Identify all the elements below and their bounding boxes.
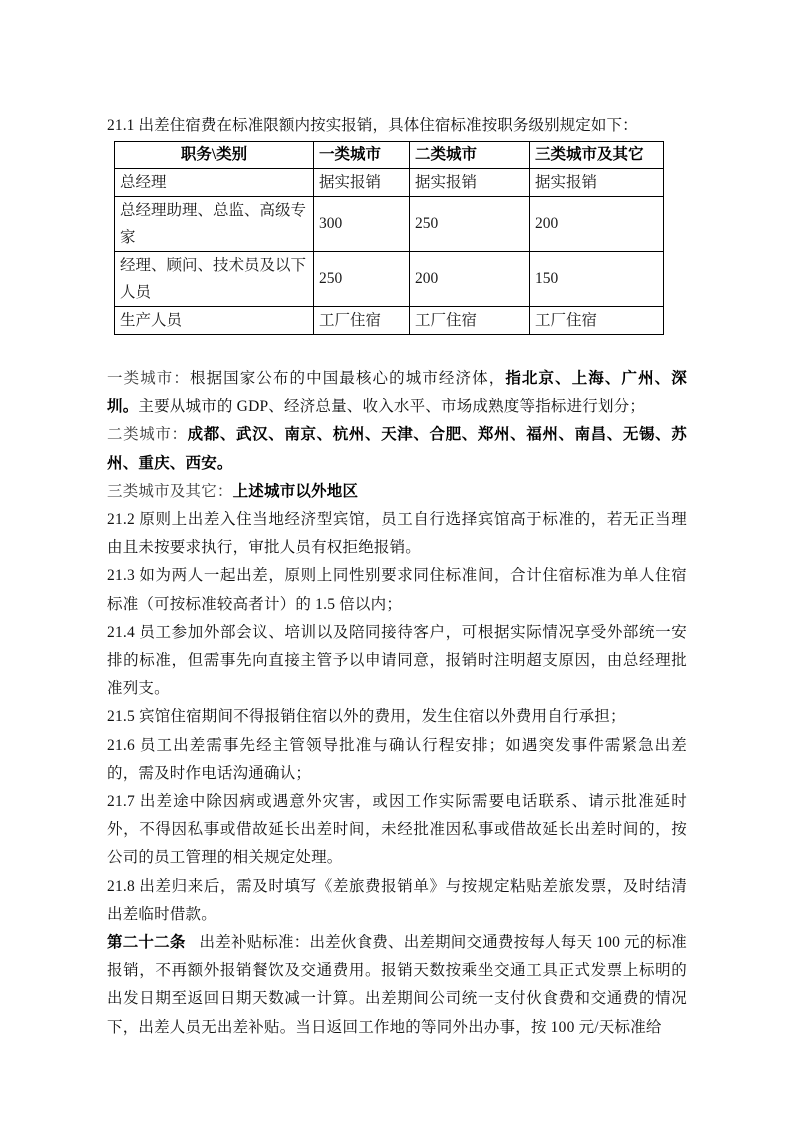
header-tier1-city: 一类城市 [314, 142, 410, 169]
tier1-criteria: 主要从城市的 GDP、经济总量、收入水平、市场成熟度等指标进行划分； [138, 398, 645, 415]
tier3-label: 三类城市及其它： [107, 483, 233, 500]
table-header-row: 职务\类别 一类城市 二类城市 三类城市及其它 [115, 142, 664, 169]
cell-position: 总经理助理、总监、高级专家 [115, 197, 314, 252]
article-22: 第二十二条出差补贴标准：出差伙食费、出差期间交通费按每人每天 100 元的标准报… [107, 929, 687, 1042]
cell-tier2: 据实报销 [410, 169, 530, 197]
tier3-cities: 上述城市以外地区 [233, 483, 359, 500]
article-22-heading: 第二十二条 [107, 934, 186, 951]
tier3-city-definition: 三类城市及其它：上述城市以外地区 [107, 478, 687, 506]
table-row: 经理、顾问、技术员及以下人员 250 200 150 [115, 252, 664, 307]
header-tier3-city: 三类城市及其它 [530, 142, 664, 169]
clause-21-8: 21.8 出差归来后，需及时填写《差旅费报销单》与按规定粘贴差旅发票，及时结清出… [107, 873, 687, 929]
tier1-city-definition: 一类城市：根据国家公布的中国最核心的城市经济体，指北京、上海、广州、深圳。主要从… [107, 365, 687, 421]
article-22-text: 出差补贴标准：出差伙食费、出差期间交通费按每人每天 100 元的标准报销，不再额… [107, 934, 687, 1036]
lodging-standard-table: 职务\类别 一类城市 二类城市 三类城市及其它 总经理 据实报销 据实报销 据实… [114, 141, 664, 335]
cell-position: 经理、顾问、技术员及以下人员 [115, 252, 314, 307]
tier1-description: 根据国家公布的中国最核心的城市经济体， [190, 370, 505, 387]
cell-tier3: 工厂住宿 [530, 307, 664, 335]
cell-tier2: 250 [410, 197, 530, 252]
document-page: 21.1 出差住宿费在标准限额内按实报销，具体住宿标准按职务级别规定如下： 职务… [107, 112, 687, 1042]
cell-tier2: 200 [410, 252, 530, 307]
clause-21-6: 21.6 员工出差需事先经主管领导批准与确认行程安排；如遇突发事件需紧急出差的，… [107, 732, 687, 788]
tier1-label: 一类城市： [107, 370, 190, 387]
header-position-category: 职务\类别 [115, 142, 314, 169]
cell-tier1: 300 [314, 197, 410, 252]
table-row: 总经理 据实报销 据实报销 据实报销 [115, 169, 664, 197]
clause-21-7: 21.7 出差途中除因病或遇意外灾害，或因工作实际需要电话联系、请示批准延时外，… [107, 788, 687, 873]
clause-21-2: 21.2 原则上出差入住当地经济型宾馆，员工自行选择宾馆高于标准的，若无正当理由… [107, 506, 687, 562]
clause-21-4: 21.4 员工参加外部会议、培训以及陪同接待客户，可根据实际情况享受外部统一安排… [107, 619, 687, 704]
tier2-label: 二类城市： [107, 426, 188, 443]
cell-position: 总经理 [115, 169, 314, 197]
table-row: 总经理助理、总监、高级专家 300 250 200 [115, 197, 664, 252]
header-tier2-city: 二类城市 [410, 142, 530, 169]
cell-tier3: 200 [530, 197, 664, 252]
tier2-city-definition: 二类城市：成都、武汉、南京、杭州、天津、合肥、郑州、福州、南昌、无锡、苏州、重庆… [107, 421, 687, 477]
clause-21-3: 21.3 如为两人一起出差，原则上同性别要求同住标准间，合计住宿标准为单人住宿标… [107, 562, 687, 618]
cell-tier1: 据实报销 [314, 169, 410, 197]
cell-tier3: 150 [530, 252, 664, 307]
cell-tier1: 工厂住宿 [314, 307, 410, 335]
table-row: 生产人员 工厂住宿 工厂住宿 工厂住宿 [115, 307, 664, 335]
cell-tier3: 据实报销 [530, 169, 664, 197]
cell-tier2: 工厂住宿 [410, 307, 530, 335]
cell-position: 生产人员 [115, 307, 314, 335]
clause-21-1-intro: 21.1 出差住宿费在标准限额内按实报销，具体住宿标准按职务级别规定如下： [107, 112, 687, 139]
policy-body: 一类城市：根据国家公布的中国最核心的城市经济体，指北京、上海、广州、深圳。主要从… [107, 365, 687, 1042]
cell-tier1: 250 [314, 252, 410, 307]
clause-21-5: 21.5 宾馆住宿期间不得报销住宿以外的费用，发生住宿以外费用自行承担； [107, 703, 687, 731]
tier2-cities: 成都、武汉、南京、杭州、天津、合肥、郑州、福州、南昌、无锡、苏州、重庆、西安。 [107, 426, 687, 471]
